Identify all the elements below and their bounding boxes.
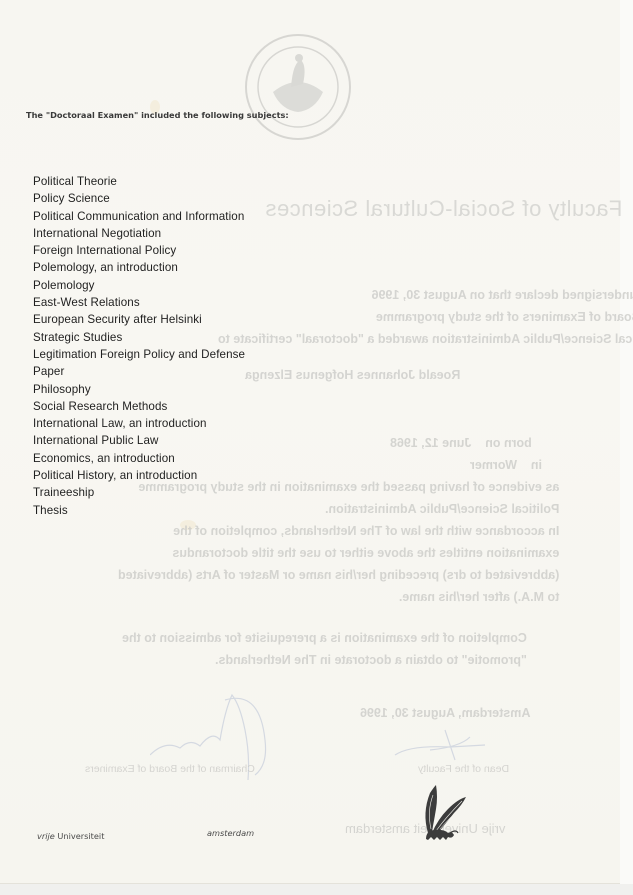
reverse-line: In accordance with the law of The Nether…: [118, 520, 559, 542]
reverse-prerequisite: Completion of the examination is a prere…: [122, 627, 527, 671]
footer-university: vrije Universiteit: [37, 831, 104, 841]
subject-item: International Public Law: [33, 432, 245, 449]
subject-item: International Law, an introduction: [33, 415, 245, 432]
subject-item: Polemology, an introduction: [33, 259, 245, 276]
reverse-chairman-label: Chairman of the Board of Examiners: [85, 763, 255, 775]
reverse-born-on-value: June 12, 1968: [390, 436, 471, 450]
subject-item: European Security after Helsinki: [33, 311, 245, 328]
reverse-born-in-value: Wormer: [470, 458, 517, 472]
signature-dean-icon: [390, 725, 490, 765]
reverse-line: Political Science/Public Administration …: [218, 328, 633, 350]
page-edge: [620, 0, 633, 895]
subject-item: Policy Science: [33, 190, 245, 207]
reverse-line: Completion of the examination is a prere…: [122, 627, 527, 649]
subject-item: Social Research Methods: [33, 398, 245, 415]
reverse-faculty-title: Faculty of Social-Cultural Sciences: [265, 196, 622, 222]
subject-item: Economics, an introduction: [33, 450, 245, 467]
reverse-born-on-label: born on: [485, 436, 532, 450]
subject-item: Traineeship: [33, 484, 245, 501]
subject-item: Political Communication and Information: [33, 208, 245, 225]
subject-item: Foreign International Policy: [33, 242, 245, 259]
reverse-line: the Board of Examiners of the study prog…: [218, 306, 633, 328]
subject-item: Political History, an introduction: [33, 467, 245, 484]
reverse-line: to M.A.) after her/his name.: [118, 586, 559, 608]
subject-item: Polemology: [33, 277, 245, 294]
footer-university-name: Universiteit: [57, 831, 104, 841]
reverse-declaration: The undersigned declare that on August 3…: [218, 284, 633, 350]
subject-item: Paper: [33, 363, 245, 380]
reverse-born-on: born on June 12, 1968: [390, 432, 532, 454]
subject-item: Philosophy: [33, 381, 245, 398]
reverse-line: (abbreviated to drs) preceding her/his n…: [118, 564, 559, 586]
subject-item: Legitimation Foreign Policy and Defense: [33, 346, 245, 363]
page-edge-bottom: [0, 884, 633, 895]
university-seal-icon: [243, 32, 353, 142]
subject-item: Political Theorie: [33, 173, 245, 190]
reverse-line: "promotie" to obtain a doctorate in The …: [122, 649, 527, 671]
reverse-recipient-name: Roeald Johannes Hofgenus Elzenga: [245, 364, 460, 386]
reverse-dean-label: Dean of the Faculty: [418, 763, 509, 775]
reverse-born-in-label: in: [531, 458, 542, 472]
subject-item: International Negotiation: [33, 225, 245, 242]
reverse-place-date: Amsterdam, August 30, 1996: [360, 702, 530, 724]
subject-item: Strategic Studies: [33, 329, 245, 346]
footer-university-prefix: vrije: [37, 831, 55, 841]
subject-item: East-West Relations: [33, 294, 245, 311]
footer-city: amsterdam: [207, 828, 254, 838]
reverse-line: examination entitles the above either to…: [118, 542, 559, 564]
signature-chairman-icon: [150, 690, 290, 790]
subjects-list: Political Theorie Policy Science Politic…: [33, 173, 245, 519]
reverse-born-in: in Wormer: [470, 454, 542, 476]
reverse-line: The undersigned declare that on August 3…: [218, 284, 633, 306]
subject-item: Thesis: [33, 502, 245, 519]
griffin-wings-logo-icon: [418, 783, 468, 841]
subjects-intro: The "Doctoraal Examen" included the foll…: [26, 110, 289, 120]
